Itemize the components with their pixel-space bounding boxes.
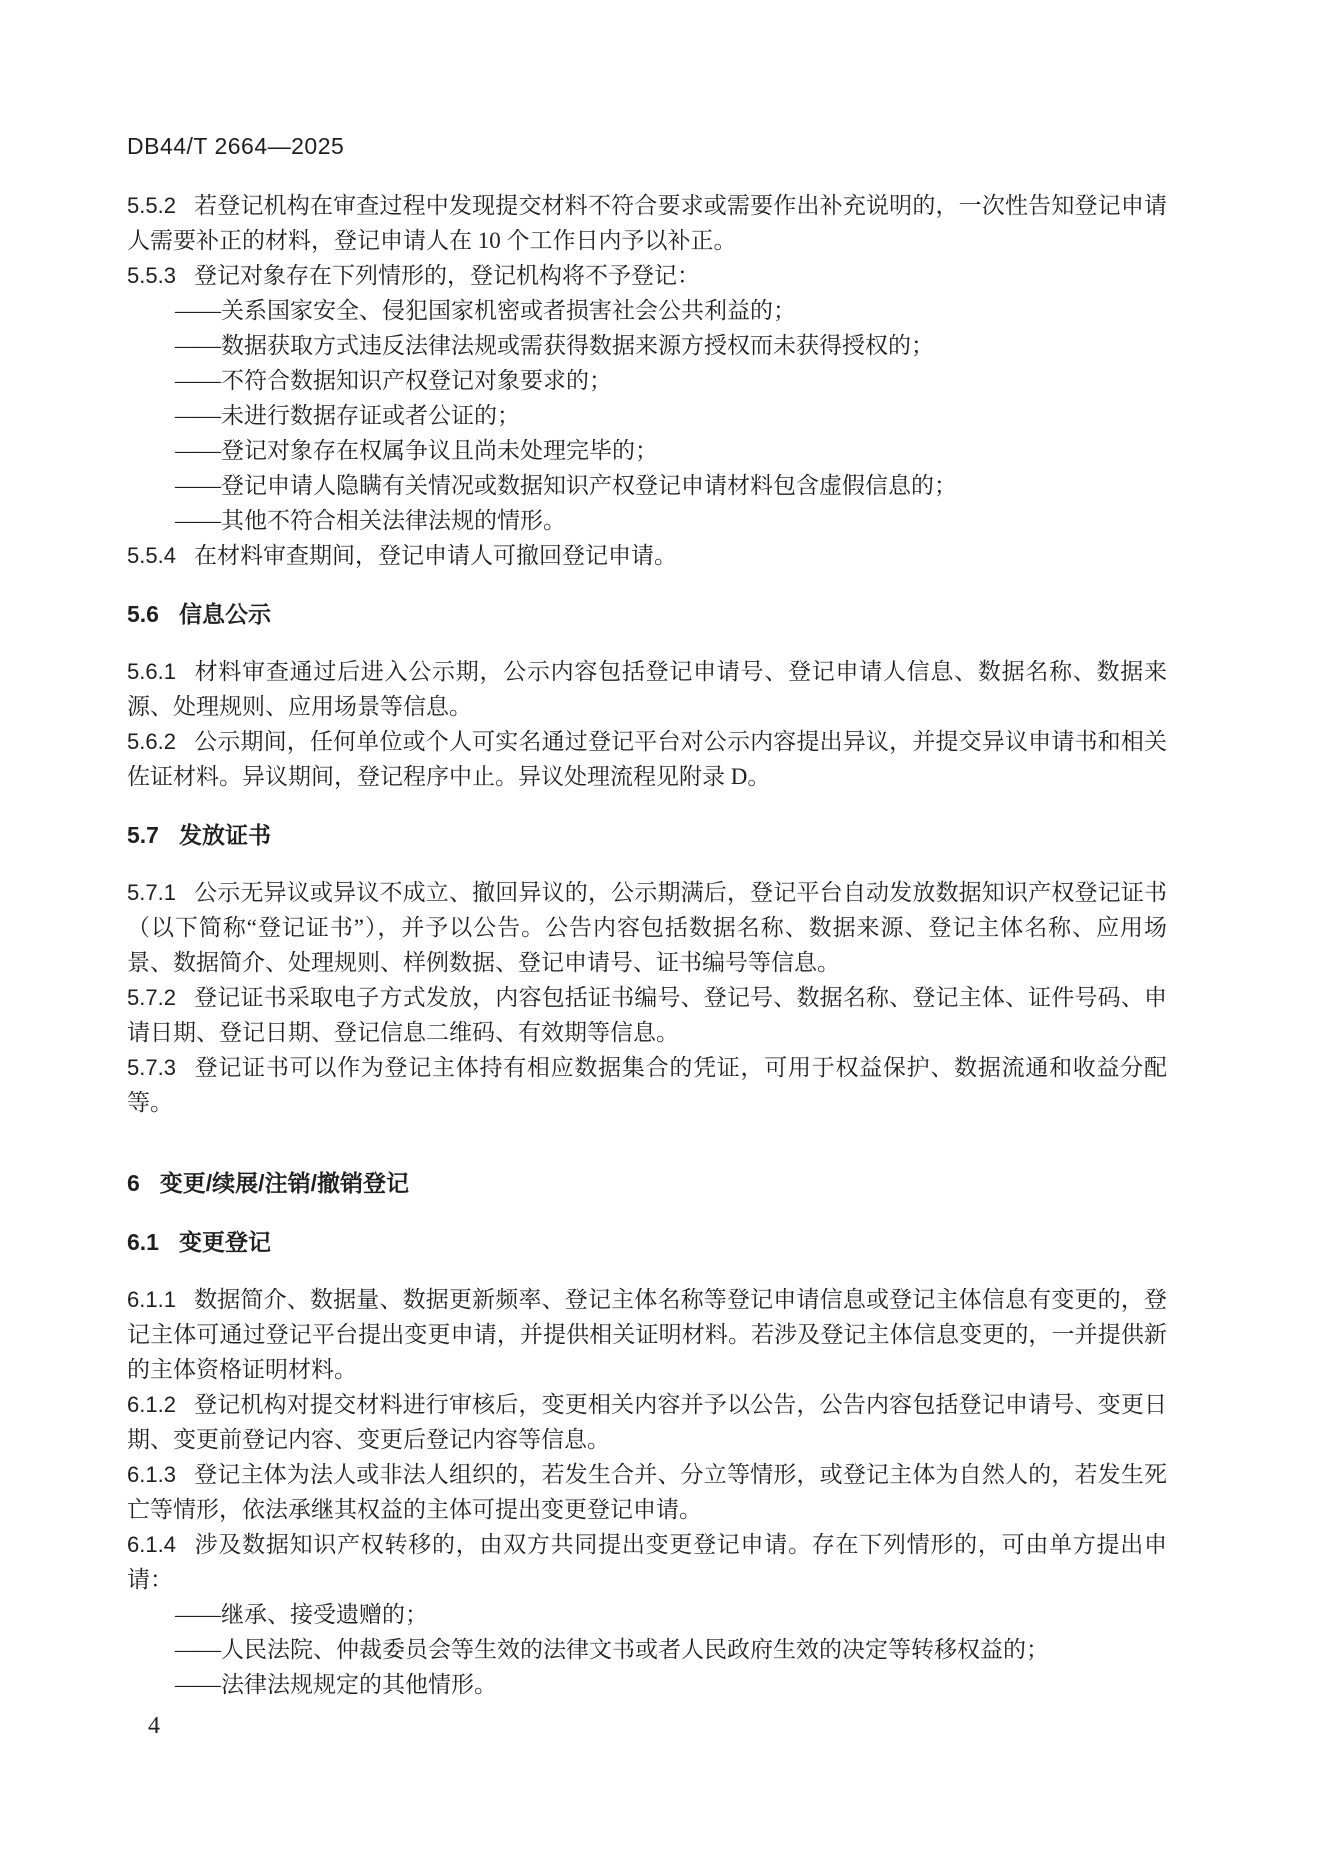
clause-number: 5.6.2 — [127, 729, 176, 754]
clause-5-5-3: 5.5.3登记对象存在下列情形的，登记机构将不予登记： — [127, 258, 1167, 293]
clause-5-5-2: 5.5.2若登记机构在审查过程中发现提交材料不符合要求或需要作出补充说明的，一次… — [127, 188, 1167, 258]
chapter-heading-6: 6变更/续展/注销/撤销登记 — [127, 1166, 1167, 1201]
document-body: 5.5.2若登记机构在审查过程中发现提交材料不符合要求或需要作出补充说明的，一次… — [127, 188, 1167, 1702]
clause-number: 5.7.1 — [127, 880, 176, 905]
clause-5-5-4: 5.5.4在材料审查期间，登记申请人可撤回登记申请。 — [127, 538, 1167, 573]
clause-6-1-1: 6.1.1数据简介、数据量、数据更新频率、登记主体名称等登记申请信息或登记主体信… — [127, 1282, 1167, 1387]
clause-text: 登记对象存在下列情形的，登记机构将不予登记： — [194, 263, 700, 288]
clause-text: 公示期间，任何单位或个人可实名通过登记平台对公示内容提出异议，并提交异议申请书和… — [127, 729, 1167, 789]
clause-number: 5.5.4 — [127, 543, 176, 568]
list-item: ——不符合数据知识产权登记对象要求的； — [127, 363, 1167, 398]
page-number: 4 — [148, 1713, 160, 1740]
list-item: ——登记申请人隐瞒有关情况或数据知识产权登记申请材料包含虚假信息的； — [127, 468, 1167, 503]
list-item: ——未进行数据存证或者公证的； — [127, 398, 1167, 433]
clause-5-6-2: 5.6.2公示期间，任何单位或个人可实名通过登记平台对公示内容提出异议，并提交异… — [127, 724, 1167, 794]
clause-number: 6.1.1 — [127, 1287, 176, 1312]
clause-text: 登记证书可以作为登记主体持有相应数据集合的凭证，可用于权益保护、数据流通和收益分… — [127, 1055, 1167, 1115]
clause-text: 涉及数据知识产权转移的，由双方共同提出变更登记申请。存在下列情形的，可由单方提出… — [127, 1532, 1167, 1592]
clause-number: 5.7.3 — [127, 1055, 176, 1080]
section-heading-6-1: 6.1变更登记 — [127, 1225, 1167, 1260]
section-heading-5-6: 5.6信息公示 — [127, 597, 1167, 632]
clause-5-7-3: 5.7.3登记证书可以作为登记主体持有相应数据集合的凭证，可用于权益保护、数据流… — [127, 1050, 1167, 1120]
clause-5-6-1: 5.6.1材料审查通过后进入公示期，公示内容包括登记申请号、登记申请人信息、数据… — [127, 654, 1167, 724]
section-number: 5.6 — [127, 601, 159, 627]
clause-6-1-2: 6.1.2登记机构对提交材料进行审核后，变更相关内容并予以公告，公告内容包括登记… — [127, 1387, 1167, 1457]
section-number: 6.1 — [127, 1229, 159, 1255]
section-title: 变更/续展/注销/撤销登记 — [160, 1170, 409, 1196]
clause-number: 5.5.2 — [127, 193, 176, 218]
clause-number: 5.6.1 — [127, 659, 176, 684]
clause-text: 登记证书采取电子方式发放，内容包括证书编号、登记号、数据名称、登记主体、证件号码… — [127, 985, 1167, 1045]
section-number: 5.7 — [127, 822, 159, 848]
document-page: DB44/T 2664—2025 5.5.2若登记机构在审查过程中发现提交材料不… — [0, 0, 1323, 1871]
list-item: ——数据获取方式违反法律法规或需获得数据来源方授权而未获得授权的； — [127, 328, 1167, 363]
list-item: ——法律法规规定的其他情形。 — [127, 1667, 1167, 1702]
list-item: ——关系国家安全、侵犯国家机密或者损害社会公共利益的； — [127, 293, 1167, 328]
section-title: 变更登记 — [179, 1229, 271, 1255]
list-item: ——人民法院、仲裁委员会等生效的法律文书或者人民政府生效的决定等转移权益的； — [127, 1632, 1167, 1667]
clause-text: 登记机构对提交材料进行审核后，变更相关内容并予以公告，公告内容包括登记申请号、变… — [127, 1392, 1167, 1452]
clause-6-1-4: 6.1.4涉及数据知识产权转移的，由双方共同提出变更登记申请。存在下列情形的，可… — [127, 1527, 1167, 1597]
section-title: 信息公示 — [179, 601, 271, 627]
list-item: ——登记对象存在权属争议且尚未处理完毕的； — [127, 433, 1167, 468]
clause-text: 在材料审查期间，登记申请人可撤回登记申请。 — [194, 543, 677, 568]
clause-text: 公示无异议或异议不成立、撤回异议的，公示期满后，登记平台自动发放数据知识产权登记… — [127, 880, 1167, 975]
clause-text: 数据简介、数据量、数据更新频率、登记主体名称等登记申请信息或登记主体信息有变更的… — [127, 1287, 1167, 1382]
clause-number: 5.7.2 — [127, 985, 176, 1010]
list-item: ——继承、接受遗赠的； — [127, 1597, 1167, 1632]
clause-5-7-2: 5.7.2登记证书采取电子方式发放，内容包括证书编号、登记号、数据名称、登记主体… — [127, 980, 1167, 1050]
section-number: 6 — [127, 1170, 140, 1196]
clause-text: 若登记机构在审查过程中发现提交材料不符合要求或需要作出补充说明的，一次性告知登记… — [127, 193, 1167, 253]
clause-number: 5.5.3 — [127, 263, 176, 288]
clause-text: 登记主体为法人或非法人组织的，若发生合并、分立等情形，或登记主体为自然人的，若发… — [127, 1462, 1167, 1522]
list-item: ——其他不符合相关法律法规的情形。 — [127, 503, 1167, 538]
clause-number: 6.1.2 — [127, 1392, 176, 1417]
section-title: 发放证书 — [179, 822, 271, 848]
clause-6-1-3: 6.1.3登记主体为法人或非法人组织的，若发生合并、分立等情形，或登记主体为自然… — [127, 1457, 1167, 1527]
clause-5-7-1: 5.7.1公示无异议或异议不成立、撤回异议的，公示期满后，登记平台自动发放数据知… — [127, 875, 1167, 980]
clause-number: 6.1.4 — [127, 1532, 176, 1557]
clause-text: 材料审查通过后进入公示期，公示内容包括登记申请号、登记申请人信息、数据名称、数据… — [127, 659, 1167, 719]
standard-code-header: DB44/T 2664—2025 — [127, 133, 344, 160]
section-heading-5-7: 5.7发放证书 — [127, 818, 1167, 853]
clause-number: 6.1.3 — [127, 1462, 176, 1487]
